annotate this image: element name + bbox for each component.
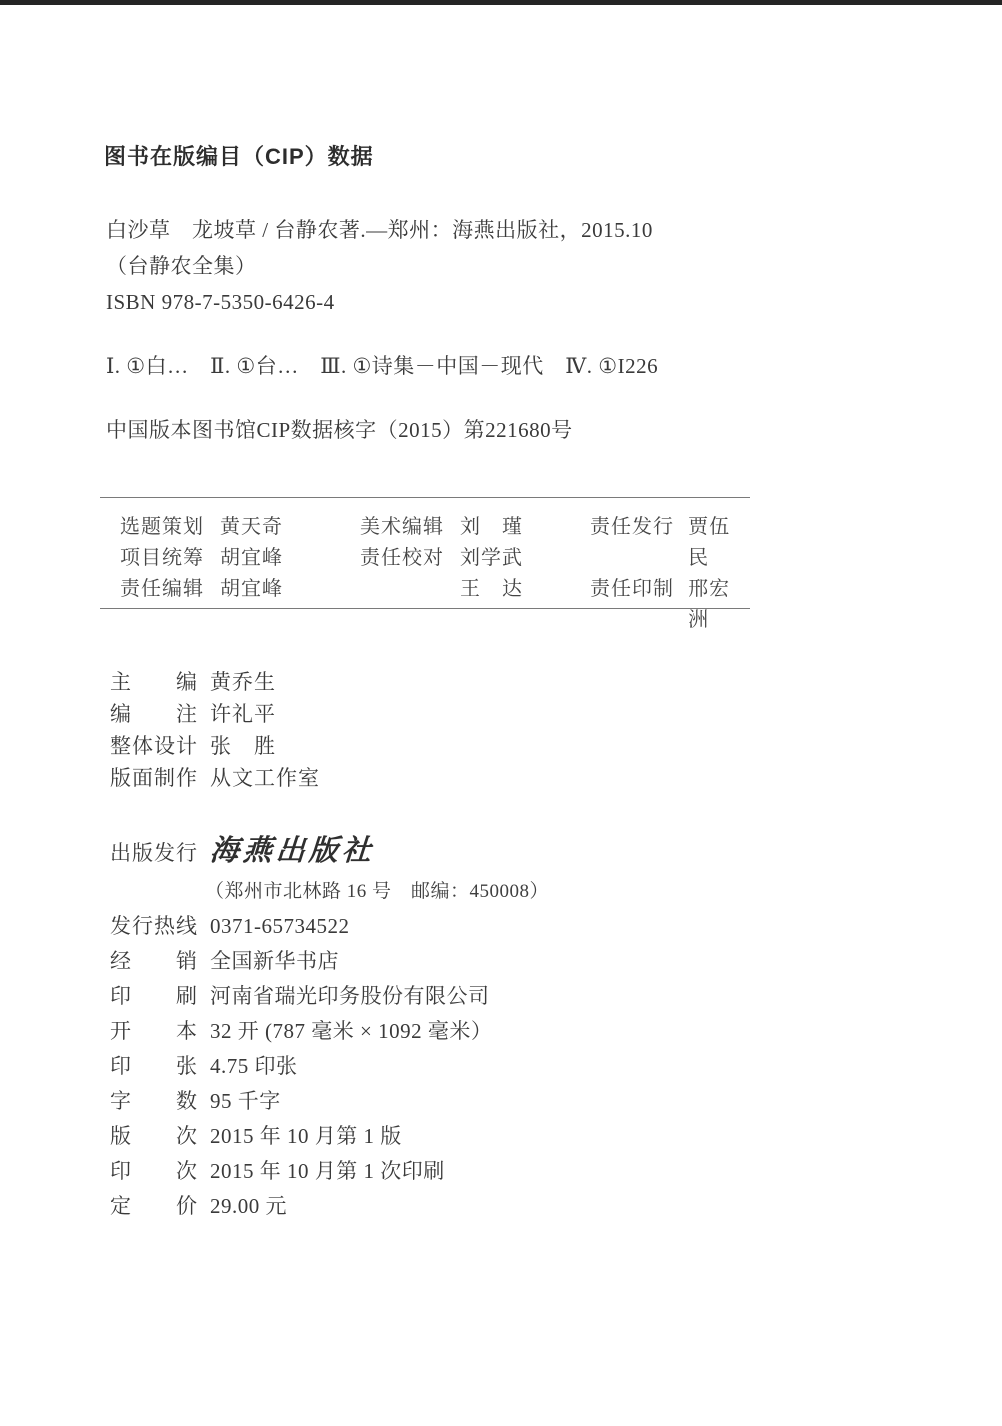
- pub-item-label: 字 数: [110, 1084, 210, 1119]
- pub-item-label: 版 次: [110, 1119, 210, 1154]
- credits-column-3: 责任发行 贾伍民 责任印制 邢宏洲: [590, 512, 750, 636]
- scan-top-edge: [0, 0, 1002, 5]
- credit-label: [360, 574, 460, 605]
- credit-name: 刘学武: [460, 543, 523, 574]
- credits-column-1: 选题策划 黄天奇 项目统筹 胡宜峰 责任编辑 胡宜峰: [120, 512, 283, 605]
- publisher-row: 出版发行 海燕出版社: [110, 828, 549, 874]
- credits-column-2: 美术编辑 刘 瑾 责任校对 刘学武 王 达: [360, 512, 523, 605]
- series-note: （台静农全集）: [106, 248, 653, 284]
- pub-item-value: 29.00 元: [210, 1189, 287, 1224]
- credit-label: 责任印制: [590, 574, 688, 636]
- cip-record-line: 中国版本图书馆CIP数据核字（2015）第221680号: [106, 414, 573, 444]
- credit-label: 美术编辑: [360, 512, 460, 543]
- credit-row: 选题策划 黄天奇: [120, 512, 283, 543]
- pub-item-value: 2015 年 10 月第 1 版: [210, 1119, 402, 1154]
- editor-row: 编 注 许礼平: [110, 698, 320, 730]
- editor-name: 黄乔生: [210, 666, 276, 698]
- credit-row: 项目统筹 胡宜峰: [120, 543, 283, 574]
- publisher-address: （郑州市北林路 16 号 邮编：450008）: [205, 874, 549, 909]
- credit-name: 胡宜峰: [220, 543, 283, 574]
- pub-item-row: 印 张 4.75 印张: [110, 1049, 549, 1084]
- pub-item-row: 经 销 全国新华书店: [110, 944, 549, 979]
- pub-item-value: 全国新华书店: [210, 944, 339, 979]
- credit-name: 胡宜峰: [220, 574, 283, 605]
- credit-label: 选题策划: [120, 512, 220, 543]
- editor-name: 许礼平: [210, 698, 276, 730]
- credit-name: 黄天奇: [220, 512, 283, 543]
- credit-label: 责任校对: [360, 543, 460, 574]
- credit-label: 项目统筹: [120, 543, 220, 574]
- pub-item-row: 开 本 32 开 (787 毫米 × 1092 毫米）: [110, 1014, 549, 1049]
- credit-name: 王 达: [460, 574, 523, 605]
- pub-item-row: 印 刷 河南省瑞光印务股份有限公司: [110, 979, 549, 1014]
- pub-item-label: 印 次: [110, 1154, 210, 1189]
- credit-row: 责任编辑 胡宜峰: [120, 574, 283, 605]
- publisher-label: 出版发行: [110, 837, 210, 867]
- pub-item-value: 32 开 (787 毫米 × 1092 毫米）: [210, 1014, 492, 1049]
- credits-table: 选题策划 黄天奇 项目统筹 胡宜峰 责任编辑 胡宜峰 美术编辑 刘 瑾 责任校对…: [100, 497, 750, 609]
- pub-item-row: 印 次 2015 年 10 月第 1 次印刷: [110, 1154, 549, 1189]
- pub-item-value: 95 千字: [210, 1084, 281, 1119]
- credit-row: 责任校对 刘学武: [360, 543, 523, 574]
- editor-label: 主 编: [110, 666, 210, 698]
- credit-label: 责任编辑: [120, 574, 220, 605]
- isbn-line: ISBN 978-7-5350-6426-4: [106, 284, 653, 320]
- credit-row: 王 达: [360, 574, 523, 605]
- pub-item-label: 经 销: [110, 944, 210, 979]
- editor-name: 张 胜: [210, 730, 276, 762]
- pub-item-label: 印 刷: [110, 979, 210, 1014]
- editor-row: 主 编 黄乔生: [110, 666, 320, 698]
- pub-item-label: 定 价: [110, 1189, 210, 1224]
- editor-row: 整体设计 张 胜: [110, 730, 320, 762]
- editor-label: 版面制作: [110, 762, 210, 794]
- classification-line: Ⅰ. ①白… Ⅱ. ①台… Ⅲ. ①诗集－中国－现代 Ⅳ. ①I226: [106, 350, 658, 380]
- pub-item-value: 0371-65734522: [210, 909, 350, 944]
- copyright-page: 图书在版编目（CIP）数据 白沙草 龙坡草 / 台静农著.—郑州：海燕出版社，2…: [0, 0, 1002, 1426]
- credit-name: 刘 瑾: [460, 512, 523, 543]
- publisher-logo: 海燕出版社: [209, 828, 377, 869]
- pub-item-label: 发行热线: [110, 909, 210, 944]
- cip-title-line: 白沙草 龙坡草 / 台静农著.—郑州：海燕出版社，2015.10: [106, 212, 653, 248]
- credit-row: 责任发行 贾伍民: [590, 512, 750, 574]
- pub-item-value: 2015 年 10 月第 1 次印刷: [210, 1154, 445, 1189]
- credit-label: 责任发行: [590, 512, 688, 574]
- credit-name: 邢宏洲: [688, 574, 750, 636]
- editor-name: 从文工作室: [210, 762, 320, 794]
- credit-row: 责任印制 邢宏洲: [590, 574, 750, 636]
- pub-item-row: 字 数 95 千字: [110, 1084, 549, 1119]
- pub-item-label: 开 本: [110, 1014, 210, 1049]
- pub-item-row: 发行热线 0371-65734522: [110, 909, 549, 944]
- pub-item-row: 定 价 29.00 元: [110, 1189, 549, 1224]
- pub-item-row: 版 次 2015 年 10 月第 1 版: [110, 1119, 549, 1154]
- pub-item-value: 河南省瑞光印务股份有限公司: [210, 979, 490, 1014]
- publication-info: 出版发行 海燕出版社 （郑州市北林路 16 号 邮编：450008） 发行热线 …: [110, 828, 549, 1224]
- editor-label: 整体设计: [110, 730, 210, 762]
- pub-item-value: 4.75 印张: [210, 1049, 298, 1084]
- credit-row: 美术编辑 刘 瑾: [360, 512, 523, 543]
- credit-name: 贾伍民: [688, 512, 750, 574]
- cip-entry-block: 白沙草 龙坡草 / 台静农著.—郑州：海燕出版社，2015.10 （台静农全集）…: [106, 212, 653, 320]
- pub-item-label: 印 张: [110, 1049, 210, 1084]
- cip-header: 图书在版编目（CIP）数据: [104, 140, 374, 171]
- editors-list: 主 编 黄乔生 编 注 许礼平 整体设计 张 胜 版面制作 从文工作室: [110, 666, 320, 794]
- editor-row: 版面制作 从文工作室: [110, 762, 320, 794]
- editor-label: 编 注: [110, 698, 210, 730]
